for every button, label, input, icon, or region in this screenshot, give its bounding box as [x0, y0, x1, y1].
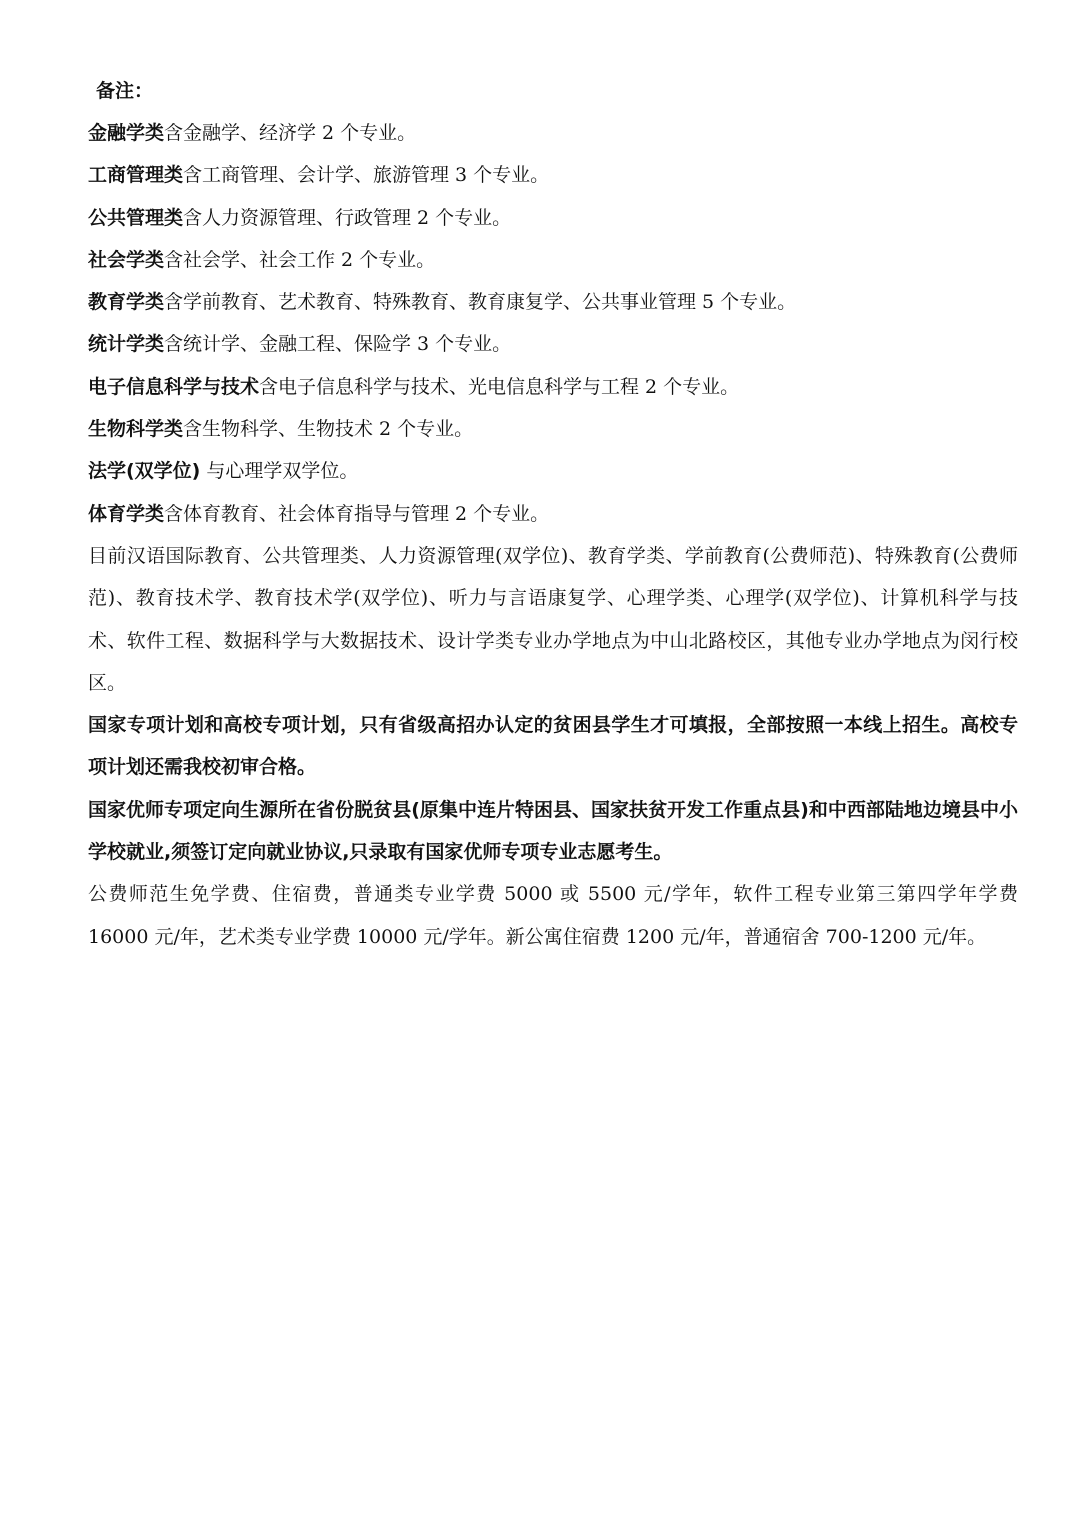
major-group-name: 社会学类 [88, 249, 164, 271]
special-plan-paragraph: 国家专项计划和高校专项计划，只有省级高招办认定的贫困县学生才可填报，全部按照一本… [88, 704, 1018, 789]
major-group-item: 公共管理类含人力资源管理、行政管理 2 个专业。 [88, 197, 1018, 239]
major-group-name: 生物科学类 [88, 418, 183, 440]
major-group-list: 金融学类含金融学、经济学 2 个专业。 工商管理类含工商管理、会计学、旅游管理 … [88, 112, 1018, 535]
major-group-name: 公共管理类 [88, 207, 183, 229]
major-group-name: 金融学类 [88, 122, 164, 144]
major-group-item: 社会学类含社会学、社会工作 2 个专业。 [88, 239, 1018, 281]
notes-title: 备注： [96, 70, 1018, 112]
major-group-name: 工商管理类 [88, 164, 183, 186]
major-group-description: 含工商管理、会计学、旅游管理 3 个专业。 [183, 164, 549, 186]
major-group-item: 工商管理类含工商管理、会计学、旅游管理 3 个专业。 [88, 154, 1018, 196]
major-group-item: 统计学类含统计学、金融工程、保险学 3 个专业。 [88, 323, 1018, 365]
major-group-description: 与心理学双学位。 [200, 460, 358, 482]
major-group-item: 法学(双学位) 与心理学双学位。 [88, 450, 1018, 492]
major-group-name: 体育学类 [88, 503, 164, 525]
teacher-plan-paragraph: 国家优师专项定向生源所在省份脱贫县(原集中连片特困县、国家扶贫开发工作重点县)和… [88, 789, 1018, 874]
campus-location-paragraph: 目前汉语国际教育、公共管理类、人力资源管理(双学位)、教育学类、学前教育(公费师… [88, 535, 1018, 704]
major-group-description: 含统计学、金融工程、保险学 3 个专业。 [164, 333, 511, 355]
major-group-name: 教育学类 [88, 291, 164, 313]
document-page: 备注： 金融学类含金融学、经济学 2 个专业。 工商管理类含工商管理、会计学、旅… [88, 70, 1018, 958]
major-group-description: 含电子信息科学与技术、光电信息科学与工程 2 个专业。 [259, 376, 739, 398]
major-group-name: 电子信息科学与技术 [88, 376, 259, 398]
major-group-item: 金融学类含金融学、经济学 2 个专业。 [88, 112, 1018, 154]
major-group-description: 含体育教育、社会体育指导与管理 2 个专业。 [164, 503, 549, 525]
major-group-item: 体育学类含体育教育、社会体育指导与管理 2 个专业。 [88, 493, 1018, 535]
major-group-description: 含生物科学、生物技术 2 个专业。 [183, 418, 473, 440]
major-group-item: 电子信息科学与技术含电子信息科学与技术、光电信息科学与工程 2 个专业。 [88, 366, 1018, 408]
major-group-item: 教育学类含学前教育、艺术教育、特殊教育、教育康复学、公共事业管理 5 个专业。 [88, 281, 1018, 323]
major-group-name: 法学(双学位) [88, 460, 200, 482]
major-group-description: 含金融学、经济学 2 个专业。 [164, 122, 416, 144]
major-group-description: 含社会学、社会工作 2 个专业。 [164, 249, 435, 271]
major-group-name: 统计学类 [88, 333, 164, 355]
fees-paragraph: 公费师范生免学费、住宿费，普通类专业学费 5000 或 5500 元/学年，软件… [88, 873, 1018, 958]
major-group-description: 含人力资源管理、行政管理 2 个专业。 [183, 207, 511, 229]
major-group-description: 含学前教育、艺术教育、特殊教育、教育康复学、公共事业管理 5 个专业。 [164, 291, 796, 313]
major-group-item: 生物科学类含生物科学、生物技术 2 个专业。 [88, 408, 1018, 450]
